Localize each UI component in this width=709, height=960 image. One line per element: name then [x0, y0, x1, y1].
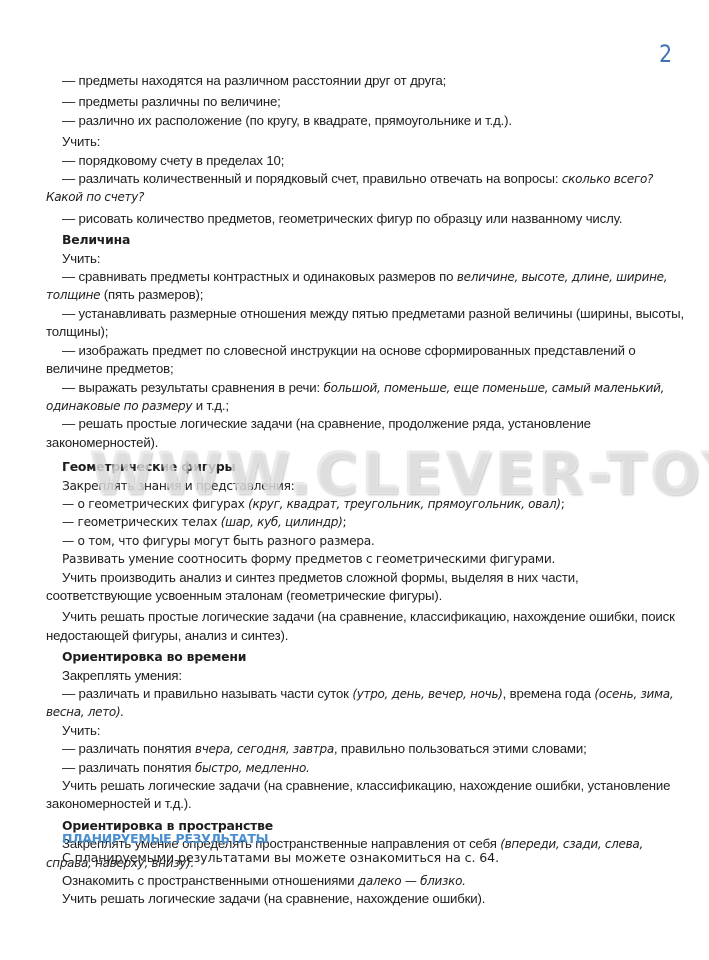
paragraph: Учить решать логические задачи (на сравн… [46, 890, 686, 908]
paragraph: Ознакомить с пространственными отношения… [46, 872, 686, 890]
results-text: С планируемыми результатами вы можете оз… [62, 850, 499, 865]
paragraph: Учить: [46, 250, 686, 268]
paragraph: — изображать предмет по словесной инстру… [46, 342, 686, 379]
text: (пять размеров); [100, 287, 203, 302]
text: , правильно пользоваться этими словами; [334, 741, 587, 756]
paragraph: — решать простые логические задачи (на с… [46, 415, 686, 452]
paragraph: — выражать результаты сравнения в речи: … [46, 379, 686, 416]
paragraph: Учить производить анализ и синтез предме… [46, 569, 686, 606]
paragraph: — о том, что фигуры могут быть разного р… [62, 532, 686, 550]
italic-text: (шар, куб, цилиндр) [221, 515, 343, 529]
text: — сравнивать предметы контрастных и один… [62, 269, 457, 284]
italic-text: (круг, квадрат, треугольник, прямоугольн… [248, 497, 561, 511]
italic-text: вчера, сегодня, завтра [195, 742, 334, 756]
paragraph: Закреплять знания и представления: [62, 477, 686, 495]
italic-text: (утро, день, вечер, ночь) [352, 687, 502, 701]
text: — различать и правильно называть части с… [62, 686, 352, 701]
text: — выражать результаты сравнения в речи: [62, 380, 323, 395]
text: — различать понятия [62, 741, 195, 756]
paragraph: — различать понятия быстро, медленно. [46, 759, 686, 777]
paragraph: — предметы различны по величине; [46, 93, 686, 111]
text: ; [343, 515, 347, 529]
paragraph: Учить: [46, 722, 686, 740]
text: — геометрических телах [62, 515, 221, 529]
paragraph: — различать и правильно называть части с… [46, 685, 686, 722]
text: — различать понятия [62, 760, 195, 775]
document-body: — предметы находятся на различном рассто… [46, 72, 686, 909]
italic-text: быстро, медленно. [195, 761, 310, 775]
section-heading-size: Величина [62, 231, 686, 249]
paragraph: — различать количественный и порядковый … [46, 170, 686, 207]
text: Ознакомить с пространственными отношения… [62, 873, 358, 888]
text: — о геометрических фигурах [62, 497, 248, 511]
section-heading-geometry: Геометрические фигуры [62, 458, 686, 476]
text: ; [561, 497, 565, 511]
text: и т.д.; [192, 398, 229, 413]
paragraph: Развивать умение соотносить форму предме… [62, 550, 686, 568]
paragraph: — различно их расположение (по кругу, в … [46, 112, 686, 130]
paragraph: — предметы находятся на различном рассто… [46, 72, 686, 90]
paragraph: Учить решать простые логические задачи (… [46, 608, 686, 645]
paragraph: — сравнивать предметы контрастных и один… [46, 268, 686, 305]
paragraph: — о геометрических фигурах (круг, квадра… [62, 495, 686, 513]
text: — различать количественный и порядковый … [62, 171, 562, 186]
paragraph: — устанавливать размерные отношения межд… [46, 305, 686, 342]
page-number: 2 [659, 40, 672, 68]
italic-text: далеко — близко. [358, 874, 466, 888]
paragraph: — рисовать количество предметов, геометр… [46, 210, 686, 228]
paragraph: Учить: [46, 133, 686, 151]
paragraph: Учить решать логические задачи (на сравн… [46, 777, 686, 814]
section-heading-time: Ориентировка во времени [62, 648, 686, 666]
paragraph: — различать понятия вчера, сегодня, завт… [46, 740, 686, 758]
paragraph: Закреплять умения: [46, 667, 686, 685]
paragraph: — геометрических телах (шар, куб, цилинд… [62, 513, 686, 531]
results-heading: ПЛАНИРУЕМЫЕ РЕЗУЛЬТАТЫ [62, 831, 268, 846]
text: , времена года [503, 686, 595, 701]
paragraph: — порядковому счету в пределах 10; [46, 152, 686, 170]
